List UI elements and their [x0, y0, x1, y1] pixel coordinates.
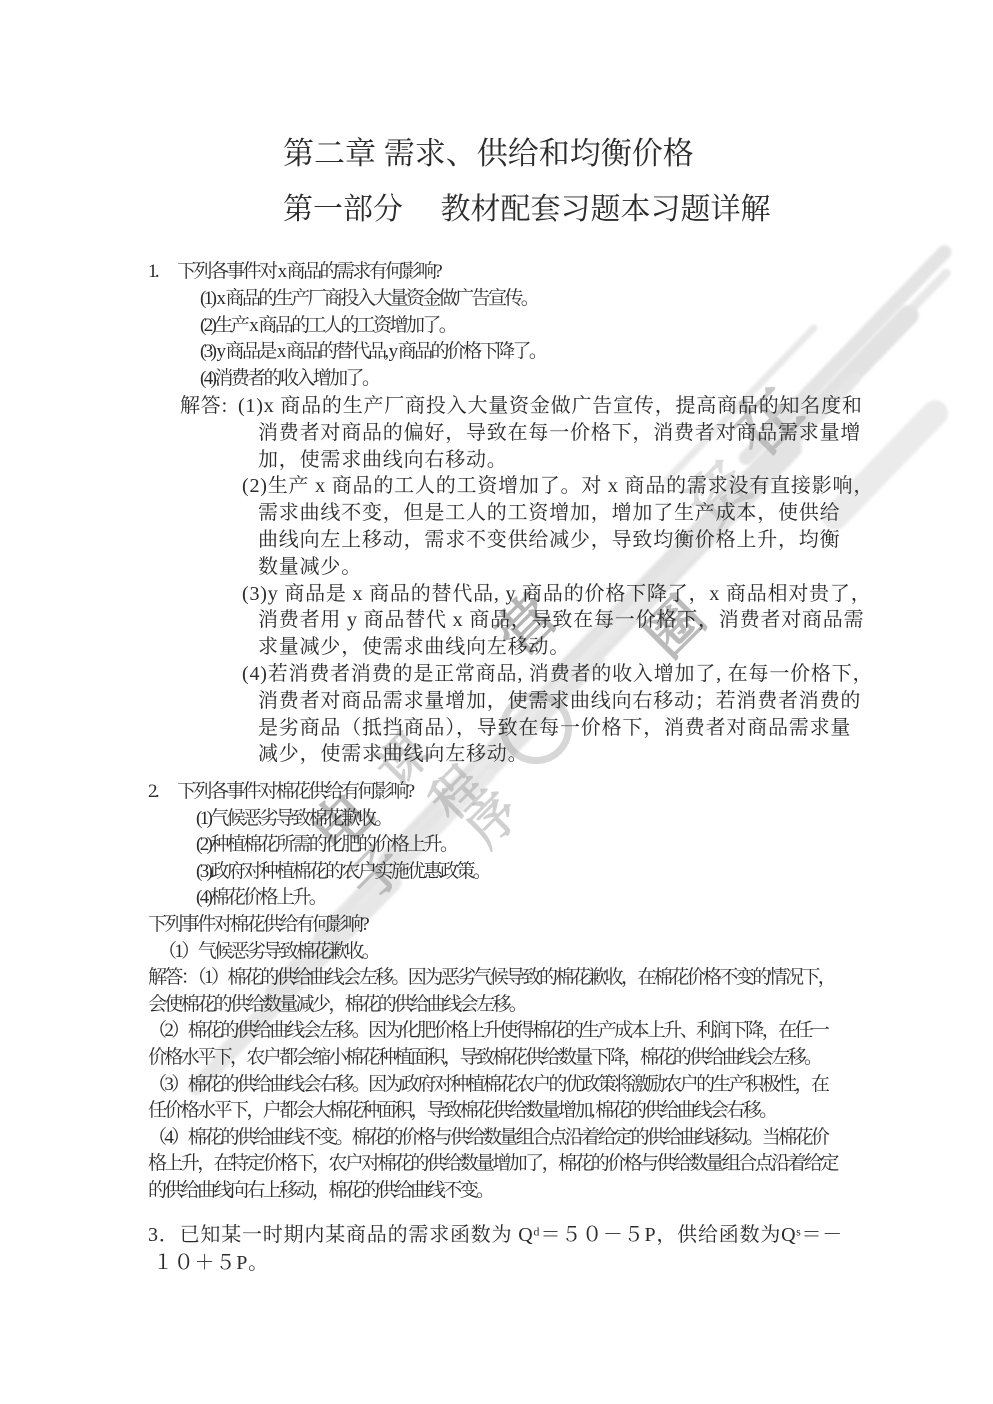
- sub-question: (1) x 商品的生产厂商投入大量资金做广告宣传。: [148, 286, 874, 313]
- repeated-sub-question: （1）气候恶劣导致棉花歉收。: [148, 939, 837, 966]
- answer-line: 价格水平下，农户都会缩小棉花种植面积，导致棉花供给数量下降，棉花的供给曲线会左移…: [148, 1045, 837, 1072]
- answer-line: 求量减少，使需求曲线向左移动。: [148, 634, 874, 661]
- answer-line: (3)y 商品是 x 商品的替代品, y 商品的价格下降了，x 商品相对贵了，: [148, 581, 874, 608]
- answer-line: （2）棉花的供给曲线会左移。因为化肥价格上升使得棉花的生产成本上升、利润下降，在…: [148, 1018, 837, 1045]
- question-line: １０＋５P。: [148, 1250, 843, 1278]
- document-page: { "header": { "chapter_title": "第二章 需求、供…: [0, 0, 993, 1404]
- chapter-title: 第二章 需求、供给和均衡价格: [283, 128, 694, 173]
- answer-line: 减少，使需求曲线向左移动。: [148, 741, 874, 768]
- answer-line: （3）棉花的供给曲线会右移。因为政府对种植棉花农户的优政策将激励农户的生产积极性…: [148, 1072, 837, 1099]
- section-title: 第一部分 教材配套习题本习题详解: [283, 184, 771, 228]
- answer-line: 解答：（1）棉花的供给曲线会左移。因为恶劣气候导致的棉花歉收，在棉花价格不变的情…: [148, 965, 837, 992]
- sub-question: (3) y 商品是 x 商品的替代品, y 商品的价格下降了。: [148, 339, 874, 366]
- answer-line: 需求曲线不变，但是工人的工资增加，增加了生产成本，使供给: [148, 500, 874, 527]
- sub-question: (2)生产 x 商品的工人的工资增加了。: [148, 313, 874, 340]
- repeated-question: 下列事件对棉花供给有何影响?: [148, 912, 837, 939]
- answer-line: (2)生产 x 商品的工人的工资增加了。对 x 商品的需求没有直接影响，: [148, 473, 874, 500]
- answer-line: 解答:(1)x 商品的生产厂商投入大量资金做广告宣传，提高商品的知名度和: [148, 393, 874, 420]
- answer-label: 解答:: [180, 395, 228, 417]
- answer-line: 格上升，在特定价格下，农户对棉花的供给数量增加了，棉花的价格与供给数量组合点沿着…: [148, 1151, 837, 1178]
- answer-line: （4）棉花的供给曲线不变。棉花的价格与供给数量组合点沿着给定的供给曲线移动。当棉…: [148, 1125, 837, 1152]
- sub-question: (3)政府对种植棉花的农户实施优惠政策。: [148, 859, 837, 886]
- answer-item-marker: (3): [242, 583, 268, 605]
- answer-text: x 商品的生产厂商投入大量资金做广告宣传，提高商品的知名度和: [264, 395, 863, 417]
- answer-text: y 商品是 x 商品的替代品, y 商品的价格下降了，x 商品相对贵了，: [268, 583, 872, 605]
- question-number: 2.: [148, 781, 157, 802]
- question-line: 2.下列各事件对棉花供给有何影响?: [148, 779, 837, 806]
- answer-text: 生产 x 商品的工人的工资增加了。对 x 商品的需求没有直接影响，: [268, 475, 874, 497]
- question-text: 下列各事件对棉花供给有何影响?: [177, 781, 412, 802]
- answer-line: 的供给曲线向右上移动，棉花的供给曲线不变。: [148, 1178, 837, 1205]
- sub-question: (4)消费者的收入增加了。: [148, 366, 874, 393]
- answer-line: 消费者对商品的偏好，导致在每一价格下，消费者对商品需求量增: [148, 420, 874, 447]
- answer-line: 曲线向左上移动，需求不变供给减少，导致均衡价格上升，均衡: [148, 527, 874, 554]
- answer-line: 会使棉花的供给数量减少，棉花的供给曲线会左移。: [148, 992, 837, 1019]
- sub-question: (1)气候恶劣导致棉花歉收。: [148, 806, 837, 833]
- question-text: 下列各事件对 x 商品的需求有何影响?: [177, 261, 440, 282]
- question-1: 1.下列各事件对 x 商品的需求有何影响? (1) x 商品的生产厂商投入大量资…: [148, 259, 874, 768]
- question-line: 1.下列各事件对 x 商品的需求有何影响?: [148, 259, 874, 286]
- sub-question: (4)棉花价格上升。: [148, 885, 837, 912]
- sub-question: (2)种植棉花所需的化肥的价格上升。: [148, 832, 837, 859]
- answer-line: 是劣商品（抵挡商品），导致在每一价格下，消费者对商品需求量: [148, 715, 874, 742]
- answer-item-marker: (4): [242, 663, 268, 685]
- question-2: 2.下列各事件对棉花供给有何影响? (1)气候恶劣导致棉花歉收。 (2)种植棉花…: [148, 779, 837, 1205]
- question-number: 1.: [148, 261, 157, 282]
- question-line: 3．已知某一时期内某商品的需求函数为 Qᵈ＝５０－５P，供给函数为Qˢ＝－: [148, 1222, 843, 1250]
- answer-line: 加，使需求曲线向右移动。: [148, 447, 874, 474]
- answer-line: (4)若消费者消费的是正常商品, 消费者的收入增加了, 在每一价格下，: [148, 661, 874, 688]
- answer-item-marker: (1): [238, 395, 264, 417]
- answer-line: 消费者用 y 商品替代 x 商品，导致在每一价格下，消费者对商品需: [148, 607, 874, 634]
- answer-line: 数量减少。: [148, 554, 874, 581]
- answer-text: 若消费者消费的是正常商品, 消费者的收入增加了, 在每一价格下，: [268, 663, 874, 685]
- answer-line: 任价格水平下，户都会大棉花种面积，导致棉花供给数量增加, 棉花的供给曲线会右移。: [148, 1098, 837, 1125]
- answer-item-marker: (2): [242, 475, 268, 497]
- question-3: 3．已知某一时期内某商品的需求函数为 Qᵈ＝５０－５P，供给函数为Qˢ＝－ １０…: [148, 1222, 843, 1277]
- answer-line: 消费者对商品需求量增加，使需求曲线向右移动；若消费者消费的: [148, 688, 874, 715]
